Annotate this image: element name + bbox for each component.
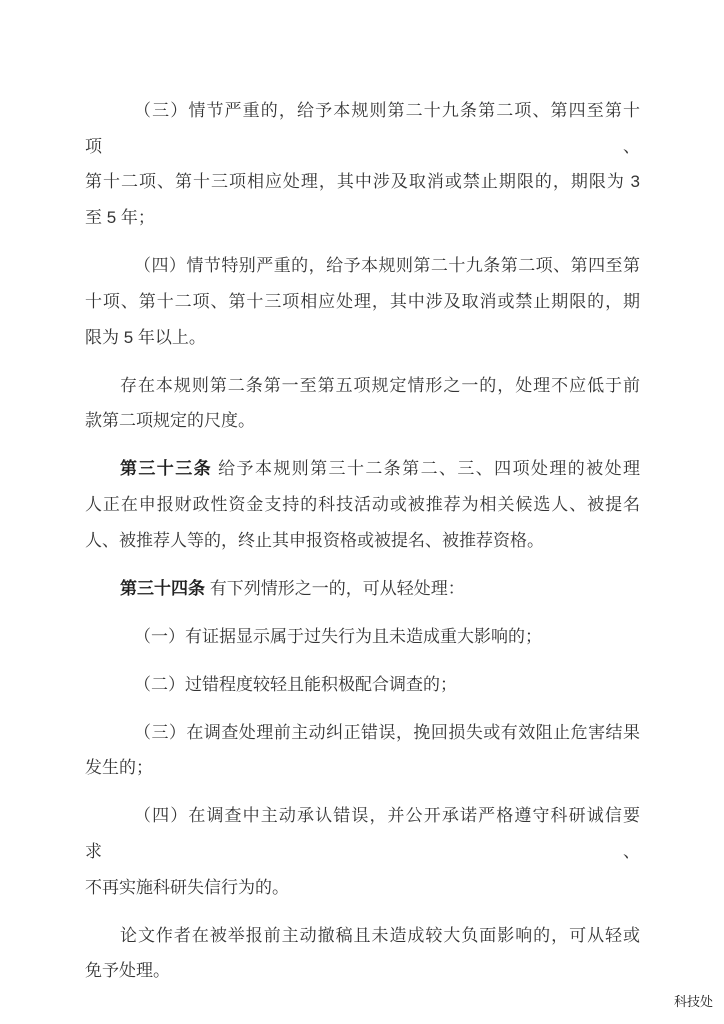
text-line: 人、被推荐人等的，终止其申报资格或被提名、被推荐资格。	[85, 523, 640, 559]
paragraph: （二）过错程度较轻且能积极配合调查的；	[85, 667, 640, 703]
paragraph: （三）情节严重的，给予本规则第二十九条第二项、第四至第十项、第十二项、第十三项相…	[85, 93, 640, 236]
article-number: 第三十三条	[120, 459, 212, 478]
text-line: 人正在申报财政性资金支持的科技活动或被推荐为相关候选人、被提名	[85, 487, 640, 523]
paragraph: （四）在调查中主动承认错误，并公开承诺严格遵守科研诚信要求、不再实施科研失信行为…	[85, 798, 640, 905]
text-line: 第三十三条 给予本规则第三十二条第二、三、四项处理的被处理	[85, 451, 640, 487]
paragraph: （一）有证据显示属于过失行为且未造成重大影响的；	[85, 619, 640, 655]
paragraph: 第三十三条 给予本规则第三十二条第二、三、四项处理的被处理人正在申报财政性资金支…	[85, 451, 640, 558]
paragraph: 论文作者在被举报前主动撤稿且未造成较大负面影响的，可从轻或免予处理。	[85, 918, 640, 989]
text-line: 十项、第十二项、第十三项相应处理，其中涉及取消或禁止期限的，期	[85, 284, 640, 320]
text-line: 不再实施科研失信行为的。	[85, 870, 640, 906]
text-line: 免予处理。	[85, 953, 640, 989]
text-line: （三）在调查处理前主动纠正错误，挽回损失或有效阻止危害结果	[85, 715, 640, 751]
document-body: （三）情节严重的，给予本规则第二十九条第二项、第四至第十项、第十二项、第十三项相…	[85, 93, 640, 1001]
paragraph: 存在本规则第二条第一至第五项规定情形之一的，处理不应低于前款第二项规定的尺度。	[85, 368, 640, 439]
text-line: 论文作者在被举报前主动撤稿且未造成较大负面影响的，可从轻或	[85, 918, 640, 954]
paragraph: （四）情节特别严重的，给予本规则第二十九条第二项、第四至第十项、第十二项、第十三…	[85, 248, 640, 355]
document-page: （三）情节严重的，给予本规则第二十九条第二项、第四至第十项、第十二项、第十三项相…	[0, 0, 724, 1024]
text-line: （一）有证据显示属于过失行为且未造成重大影响的；	[85, 619, 640, 655]
text-line: 存在本规则第二条第一至第五项规定情形之一的，处理不应低于前	[85, 368, 640, 404]
paragraph: 第三十四条 有下列情形之一的，可从轻处理：	[85, 571, 640, 607]
text-line: 限为 5 年以上。	[85, 320, 640, 356]
paragraph: （三）在调查处理前主动纠正错误，挽回损失或有效阻止危害结果发生的；	[85, 715, 640, 786]
text-line: （二）过错程度较轻且能积极配合调查的；	[85, 667, 640, 703]
footer-department-label: 科技处	[674, 994, 713, 1010]
text-line: 发生的；	[85, 750, 640, 786]
text-line: 至 5 年；	[85, 200, 640, 236]
text-line: 第十二项、第十三项相应处理，其中涉及取消或禁止期限的，期限为 3	[85, 164, 640, 200]
text-line: （三）情节严重的，给予本规则第二十九条第二项、第四至第十项、	[85, 93, 640, 164]
article-number: 第三十四条	[120, 579, 205, 598]
text-line: 第三十四条 有下列情形之一的，可从轻处理：	[85, 571, 640, 607]
text-line: 款第二项规定的尺度。	[85, 403, 640, 439]
text-line: （四）在调查中主动承认错误，并公开承诺严格遵守科研诚信要求、	[85, 798, 640, 869]
text-line: （四）情节特别严重的，给予本规则第二十九条第二项、第四至第	[85, 248, 640, 284]
